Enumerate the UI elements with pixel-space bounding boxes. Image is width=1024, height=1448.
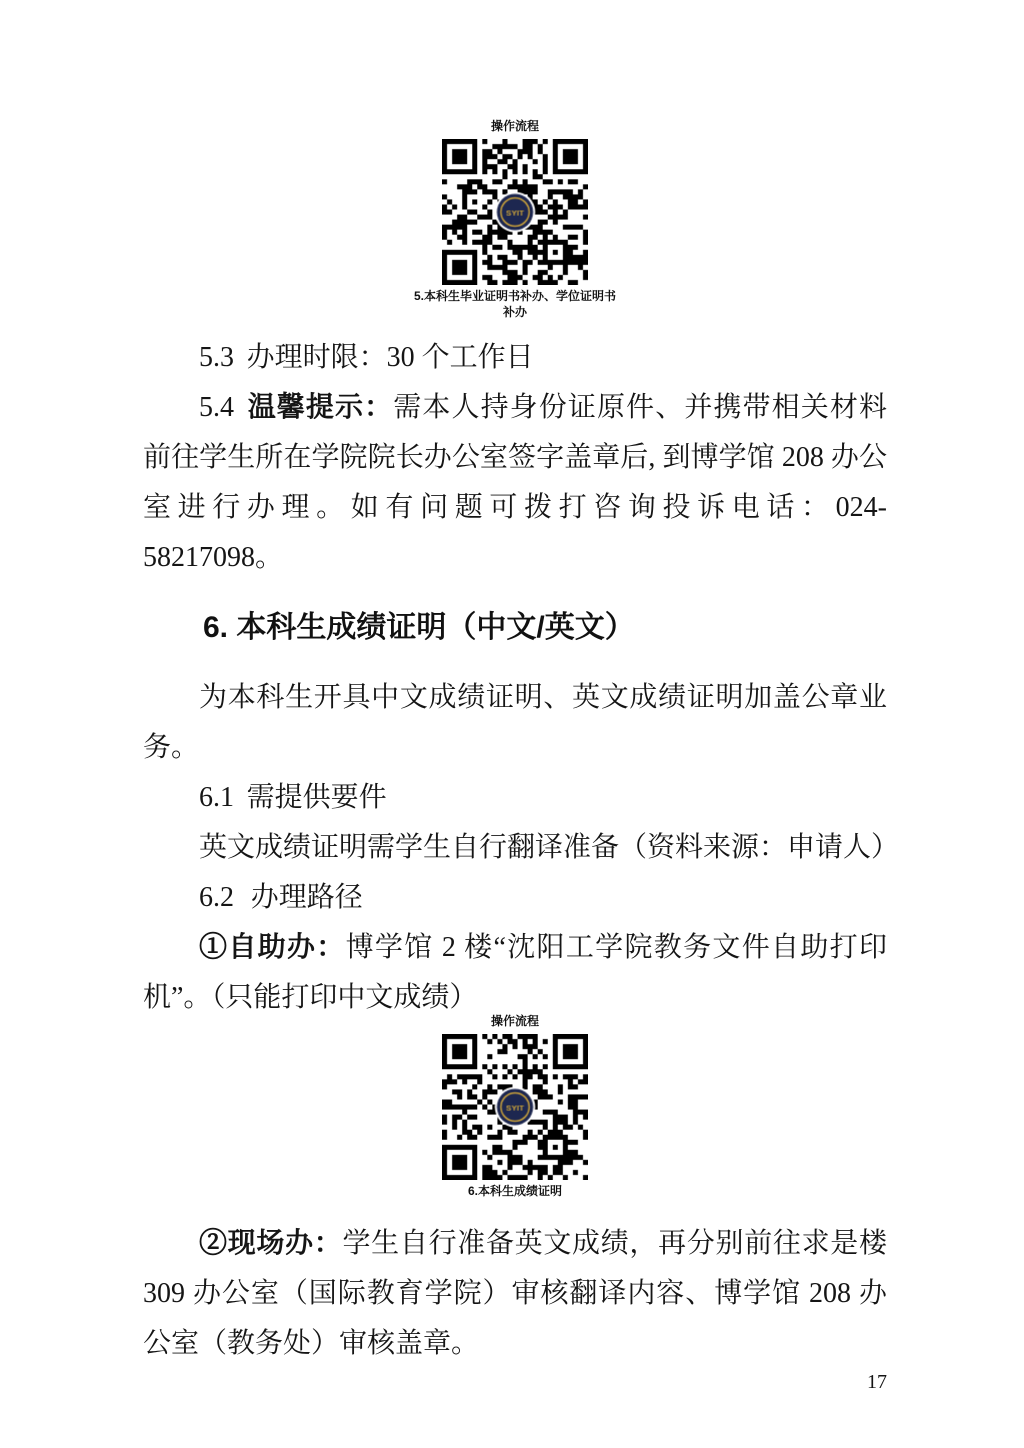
qr-caption-line-1: 5.本科生毕业证明书补办、学位证明书 [414,289,616,303]
qr-caption-line-2: 补办 [503,305,527,319]
onsite-label: ②现场办： [199,1228,342,1259]
qr-caption: 5.本科生毕业证明书补办、学位证明书 补办 [143,288,887,320]
section-5-4-paragraph: 5.4温馨提示：需本人持身份证原件、并携带相关材料前往学生所在学院院长办公室签字… [143,383,887,583]
section-5-3-label: 办理时限： [247,342,387,373]
section-5-4-label: 温馨提示： [247,392,394,423]
section-6-intro: 为本科生开具中文成绩证明、英文成绩证明加盖公章业务。 [143,673,887,773]
section-6-1-line: 6.1需提供要件 [143,773,887,823]
section-6-1-title: 需提供要件 [247,782,387,813]
section-5-4-number: 5.4 [199,392,234,423]
section-6-1-body: 英文成绩证明需学生自行翻译准备（资料来源：申请人） [143,823,887,873]
section-6-2-number: 6.2 [199,882,234,913]
qr-section-transcript: 操作流程 6.本科生成绩证明 [143,1013,887,1199]
qr-flow-label: 操作流程 [143,118,887,134]
section-6-2-title: 办理路径 [251,882,363,913]
qr-caption-line-1: 6.本科生成绩证明 [468,1184,562,1198]
page-number: 17 [143,1369,887,1395]
section-5-3-number: 5.3 [199,342,234,373]
document-page: 操作流程 5.本科生毕业证明书补办、学位证明书 补办 5.3办理时限：30 个工… [0,118,1024,1395]
section-6-2-line: 6.2办理路径 [143,873,887,923]
section-5-3-line: 5.3办理时限：30 个工作日 [143,333,887,383]
qr-section-certificate-reissue: 操作流程 5.本科生毕业证明书补办、学位证明书 补办 [143,118,887,320]
self-service-paragraph: ①自助办：博学馆 2 楼“沈阳工学院教务文件自助打印机”。（只能打印中文成绩） [143,923,887,1023]
qr-caption: 6.本科生成绩证明 [143,1183,887,1199]
self-service-label: ①自助办： [199,932,346,963]
qr-code-image [442,1034,588,1180]
section-6-1-number: 6.1 [199,782,234,813]
qr-code-image [442,139,588,285]
section-5-3-text: 30 个工作日 [387,342,534,373]
onsite-paragraph: ②现场办：学生自行准备英文成绩，再分别前往求是楼 309 办公室（国际教育学院）… [143,1219,887,1369]
section-6-heading: 6. 本科生成绩证明（中文/英文） [143,603,887,653]
